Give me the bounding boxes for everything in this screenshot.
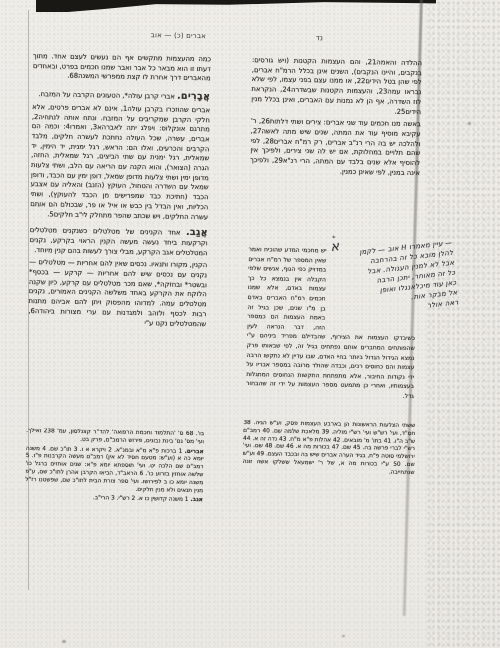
entry-evarim-heading: אֲבָרִים. — [177, 91, 210, 103]
left-column-footnotes: בו'. 68 ס' 'התלמוד וחכמת הרפואה' להד"ר ק… — [24, 428, 204, 537]
right-paragraph-1: ההלדה והאמה21, והם העצמות הקטנות (ויש גו… — [251, 56, 422, 117]
handwritten-margin-note: — עיין מאמרו H אוב — לקמן להלן מובא כל ז… — [334, 238, 461, 342]
entry-agav-body: הקנין, מקורו ותנאיו. נכסים שאין להם אחרי… — [28, 258, 207, 329]
right-column-text: ההלדה והאמה21, והם העצמות הקטנות (ויש גו… — [249, 56, 422, 239]
footnote-evarim: אברים. 1 ברכות פ"א מ"א ובמנ"א. 2 ויקרא א… — [25, 446, 204, 496]
right-paragraph-2: באשה מנו חכמים עוד שני אברים: צירים ושתי… — [250, 117, 421, 178]
footnote-agav: אגב. 1 משנה קדושין כו א. 2 רש"י. 3 הרי"ב… — [25, 494, 203, 505]
entry-evarim-paragraph: אֲבָרִים. אברי קרבן עולה*, הטעונים הקרבה… — [32, 89, 210, 103]
running-head-title: אברים (כ) — אוב — [118, 31, 238, 45]
footnote-evarim-text: 1 ברכות פ"א מ"א ובמנ"א. 2 ויקרא א ו. 3 ת… — [25, 446, 204, 494]
right-footnotes-text: ששתי הצלעות הראשונות הן בארבע העצמות פסק… — [242, 420, 415, 478]
scanned-page: אברים (כ) — אוב נד כמה מהעצמות מתקשים אף… — [0, 0, 500, 648]
footnote-agav-label: אגב. — [190, 497, 203, 503]
page-number: נד — [306, 33, 332, 45]
footnote-prev-entry: בו'. 68 ס' 'התלמוד וחכמת הרפואה' להד"ר ק… — [26, 428, 204, 447]
entry-agav-paragraph: אֲגַב. אחד הקנינים של מטלטלים כשנקנים מט… — [29, 225, 208, 258]
entry-agav-heading: אֲגַב. — [186, 227, 208, 238]
left-column-text: כמה מהעצמות מתקשים אף הם נעשים לעצם אחד.… — [26, 52, 211, 421]
entry-evarim-body: אברים שהוזכרו בקרבן עולה1, אינם לא אברים… — [30, 103, 210, 223]
right-column-footnotes: ששתי הצלעות הראשונות הן בארבע העצמות פסק… — [242, 420, 416, 523]
entry-agav-lead: אחד הקנינים של מטלטלים כשנקנים מטלטלים ו… — [30, 226, 208, 257]
entry-evarim-lead: אברי קרבן עולה*, הטעונים הקרבה על המזבח. — [38, 90, 175, 100]
footnote-agav-text: 1 משנה קדושין כו א. 2 רש"י. 3 הרי"ב. — [93, 496, 189, 504]
footnote-evarim-label: אברים. — [185, 448, 204, 454]
left-intro-paragraph: כמה מהעצמות מתקשים אף הם נעשים לעצם אחד.… — [33, 52, 212, 84]
